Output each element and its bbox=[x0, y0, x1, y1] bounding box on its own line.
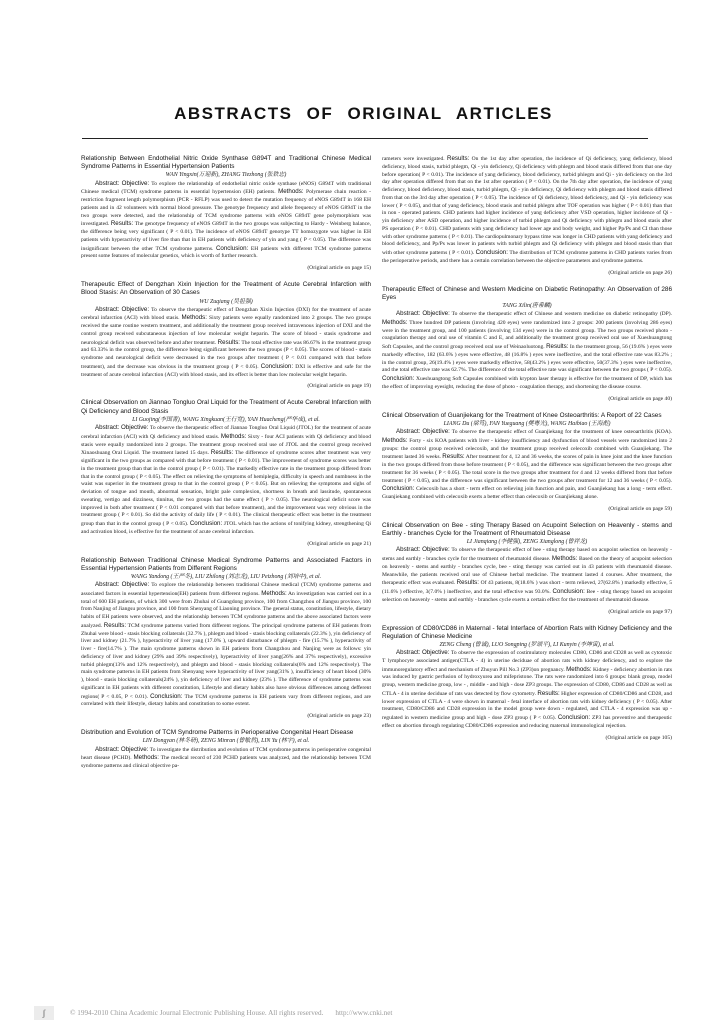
label-abstract: Abstract: bbox=[396, 546, 420, 553]
abstract-authors: ZENG Cheng (曾诚), LUO Songping (罗颂平), LI … bbox=[382, 641, 672, 649]
original-article-ref: (Original article on page 105) bbox=[382, 734, 672, 742]
label-objective: Objective: bbox=[121, 424, 149, 431]
abstract-entry: Therapeutic Effect of Chinese and Wester… bbox=[382, 286, 672, 403]
abstract-conclusion: Xueshuangtong Soft Capsules combined wit… bbox=[382, 376, 672, 390]
abstract-body: rameters were investigated. Results: On … bbox=[382, 155, 672, 266]
abstract-entry: rameters were investigated. Results: On … bbox=[382, 155, 672, 277]
abstract-entry: Expression of CD80/CD86 in Maternal - fe… bbox=[382, 625, 672, 742]
label-methods: Methods: bbox=[134, 754, 159, 761]
label-conclusion: Conclusion: bbox=[552, 588, 584, 595]
abstract-title: Clinical Observation on Jiannao Tongluo … bbox=[81, 399, 371, 415]
cnki-logo-icon: ʃ bbox=[34, 1006, 54, 1020]
title-rule bbox=[82, 138, 278, 139]
abstract-results: The difference of syndrome scores after … bbox=[81, 450, 371, 527]
label-abstract: Abstract: bbox=[95, 306, 119, 313]
abstract-title: Distribution and Evolution of TCM Syndro… bbox=[81, 729, 371, 737]
label-abstract: Abstract: bbox=[396, 649, 420, 656]
abstract-objective: To observe the therapeutic effect of Gua… bbox=[452, 429, 672, 435]
title-rule-right bbox=[278, 138, 648, 139]
label-results: Results: bbox=[104, 622, 126, 629]
abstract-title: Clinical Observation of Guanjiekang for … bbox=[382, 412, 672, 420]
label-objective: Objective: bbox=[422, 428, 450, 435]
right-column: rameters were investigated. Results: On … bbox=[382, 155, 672, 751]
label-conclusion: Conclusion: bbox=[190, 520, 222, 527]
label-methods: Methods: bbox=[261, 590, 286, 597]
label-results: Results: bbox=[111, 220, 133, 227]
original-article-ref: (Original article on page 21) bbox=[81, 540, 371, 548]
abstract-entry: Therapeutic Effect of Dengzhan Xixin Inj… bbox=[81, 281, 371, 390]
label-results: Results: bbox=[447, 155, 469, 162]
abstract-authors: WU Zuqiang (吴祖强) bbox=[81, 298, 371, 306]
abstract-entry: Clinical Observation on Bee - sting Ther… bbox=[382, 522, 672, 616]
label-methods: Methods: bbox=[382, 437, 407, 444]
label-objective: Objective: bbox=[122, 306, 150, 313]
abstract-body: Abstract: Objective: To observe the ther… bbox=[382, 428, 672, 502]
abstract-title: Relationship Between Traditional Chinese… bbox=[81, 557, 371, 573]
abstract-body: Abstract: Objective: To observe the expr… bbox=[382, 649, 672, 731]
abstract-title: Clinical Observation on Bee - sting Ther… bbox=[382, 522, 672, 538]
label-methods: Methods: bbox=[382, 319, 407, 326]
label-conclusion: Conclusion: bbox=[216, 245, 248, 252]
label-abstract: Abstract: bbox=[396, 428, 420, 435]
abstract-body: Abstract: Objective: To observe the ther… bbox=[81, 424, 371, 537]
footer: ʃ © 1994-2010 China Academic Journal Ele… bbox=[34, 1006, 694, 1020]
abstract-body: Abstract: Objective: To investigate the … bbox=[81, 746, 371, 771]
label-objective: Objective: bbox=[121, 746, 149, 753]
left-column: Relationship Between Endothelial Nitric … bbox=[81, 155, 371, 780]
label-methods: Methods: bbox=[278, 188, 303, 195]
label-methods: Methods: bbox=[221, 433, 246, 440]
original-article-ref: (Original article on page 23) bbox=[81, 712, 371, 720]
label-conclusion: Conclusion: bbox=[558, 714, 590, 721]
abstract-authors: WANG Yandong (王严冬), LIU Zhilong (刘志龙), L… bbox=[81, 573, 371, 581]
label-results: Results: bbox=[442, 453, 464, 460]
original-article-ref: (Original article on page 19) bbox=[81, 382, 371, 390]
original-article-ref: (Original article on page 59) bbox=[382, 505, 672, 513]
label-abstract: Abstract: bbox=[95, 581, 119, 588]
label-objective: Objective: bbox=[122, 581, 150, 588]
abstract-entry: Clinical Observation of Guanjiekang for … bbox=[382, 412, 672, 513]
abstract-entry: Relationship Between Traditional Chinese… bbox=[81, 557, 371, 721]
label-objective: Objective: bbox=[422, 546, 450, 553]
label-abstract: Abstract: bbox=[95, 180, 119, 187]
label-results: Results: bbox=[546, 343, 568, 350]
abstract-results: TCM syndrome patterns varied from differ… bbox=[81, 623, 371, 700]
label-conclusion: Conclusion: bbox=[261, 363, 293, 370]
label-results: Results: bbox=[211, 449, 233, 456]
label-conclusion: Conclusion: bbox=[382, 375, 414, 382]
copyright-text: © 1994-2010 China Academic Journal Elect… bbox=[70, 1009, 323, 1017]
abstract-body: Abstract: Objective: To explore the rela… bbox=[81, 180, 371, 262]
label-methods: Methods: bbox=[182, 314, 207, 321]
original-article-ref: (Original article on page 97) bbox=[382, 608, 672, 616]
abstract-conclusion: Celecoxib has a short - term effect on r… bbox=[382, 486, 672, 500]
abstract-authors: LI Guojing(李国菁), WANG Xingkuan(王行宽), YAN… bbox=[81, 416, 371, 424]
original-article-ref: (Original article on page 15) bbox=[81, 264, 371, 272]
abstract-results: On the 1st day after operation, the inci… bbox=[382, 156, 672, 256]
label-abstract: Abstract: bbox=[396, 310, 420, 317]
label-methods: Methods: bbox=[566, 666, 591, 673]
abstract-entry: Distribution and Evolution of TCM Syndro… bbox=[81, 729, 371, 771]
abstract-title: Therapeutic Effect of Chinese and Wester… bbox=[382, 286, 672, 302]
label-abstract: Abstract: bbox=[95, 424, 119, 431]
label-objective: Objective: bbox=[122, 180, 150, 187]
abstract-body: Abstract: Objective: To observe the ther… bbox=[81, 306, 371, 380]
abstract-body: Abstract: Objective: To observe the ther… bbox=[382, 546, 672, 604]
abstract-authors: TANG Xilin(唐希麟) bbox=[382, 302, 672, 310]
label-conclusion: Conclusion: bbox=[382, 485, 414, 492]
label-objective: Objective: bbox=[422, 310, 450, 317]
abstract-authors: WAN Yingxin(万迎新), ZHANG Tiezhong (张铁忠) bbox=[81, 171, 371, 179]
continued-text: rameters were investigated. bbox=[382, 156, 445, 162]
label-results: Results: bbox=[457, 579, 479, 586]
abstract-body: Abstract: Objective: To observe the ther… bbox=[382, 310, 672, 392]
page-title: ABSTRACTS OF ORIGINAL ARTICLES bbox=[0, 104, 727, 124]
original-article-ref: (Original article on page 40) bbox=[382, 395, 672, 403]
abstract-authors: LI Jianqiang (李健强), ZENG Xianglong (曾祥龙) bbox=[382, 538, 672, 546]
label-conclusion: Conclusion: bbox=[476, 249, 508, 256]
cnki-link[interactable]: http://www.cnki.net bbox=[335, 1009, 392, 1017]
abstract-body: Abstract: Objective: To explore the rela… bbox=[81, 581, 371, 709]
label-abstract: Abstract: bbox=[95, 746, 119, 753]
label-results: Results: bbox=[537, 690, 559, 697]
abstract-title: Relationship Between Endothelial Nitric … bbox=[81, 155, 371, 171]
label-conclusion: Conclusion: bbox=[150, 693, 182, 700]
original-article-ref: (Original article on page 26) bbox=[382, 269, 672, 277]
abstract-authors: LIN Dongyan (林冬研), ZENG Minran (曾敏然), LI… bbox=[81, 737, 371, 745]
abstract-entry: Relationship Between Endothelial Nitric … bbox=[81, 155, 371, 272]
abstract-authors: LIANG Du (梁笃), FAN Yueguang (樊粤光), WANG … bbox=[382, 420, 672, 428]
abstract-title: Expression of CD80/CD86 in Maternal - fe… bbox=[382, 625, 672, 641]
label-methods: Methods: bbox=[552, 555, 577, 562]
abstract-objective: To observe the therapeutic effect of Chi… bbox=[452, 311, 672, 317]
label-objective: Objective: bbox=[422, 649, 450, 656]
label-results: Results: bbox=[218, 339, 240, 346]
abstract-title: Therapeutic Effect of Dengzhan Xixin Inj… bbox=[81, 281, 371, 297]
abstract-entry: Clinical Observation on Jiannao Tongluo … bbox=[81, 399, 371, 547]
